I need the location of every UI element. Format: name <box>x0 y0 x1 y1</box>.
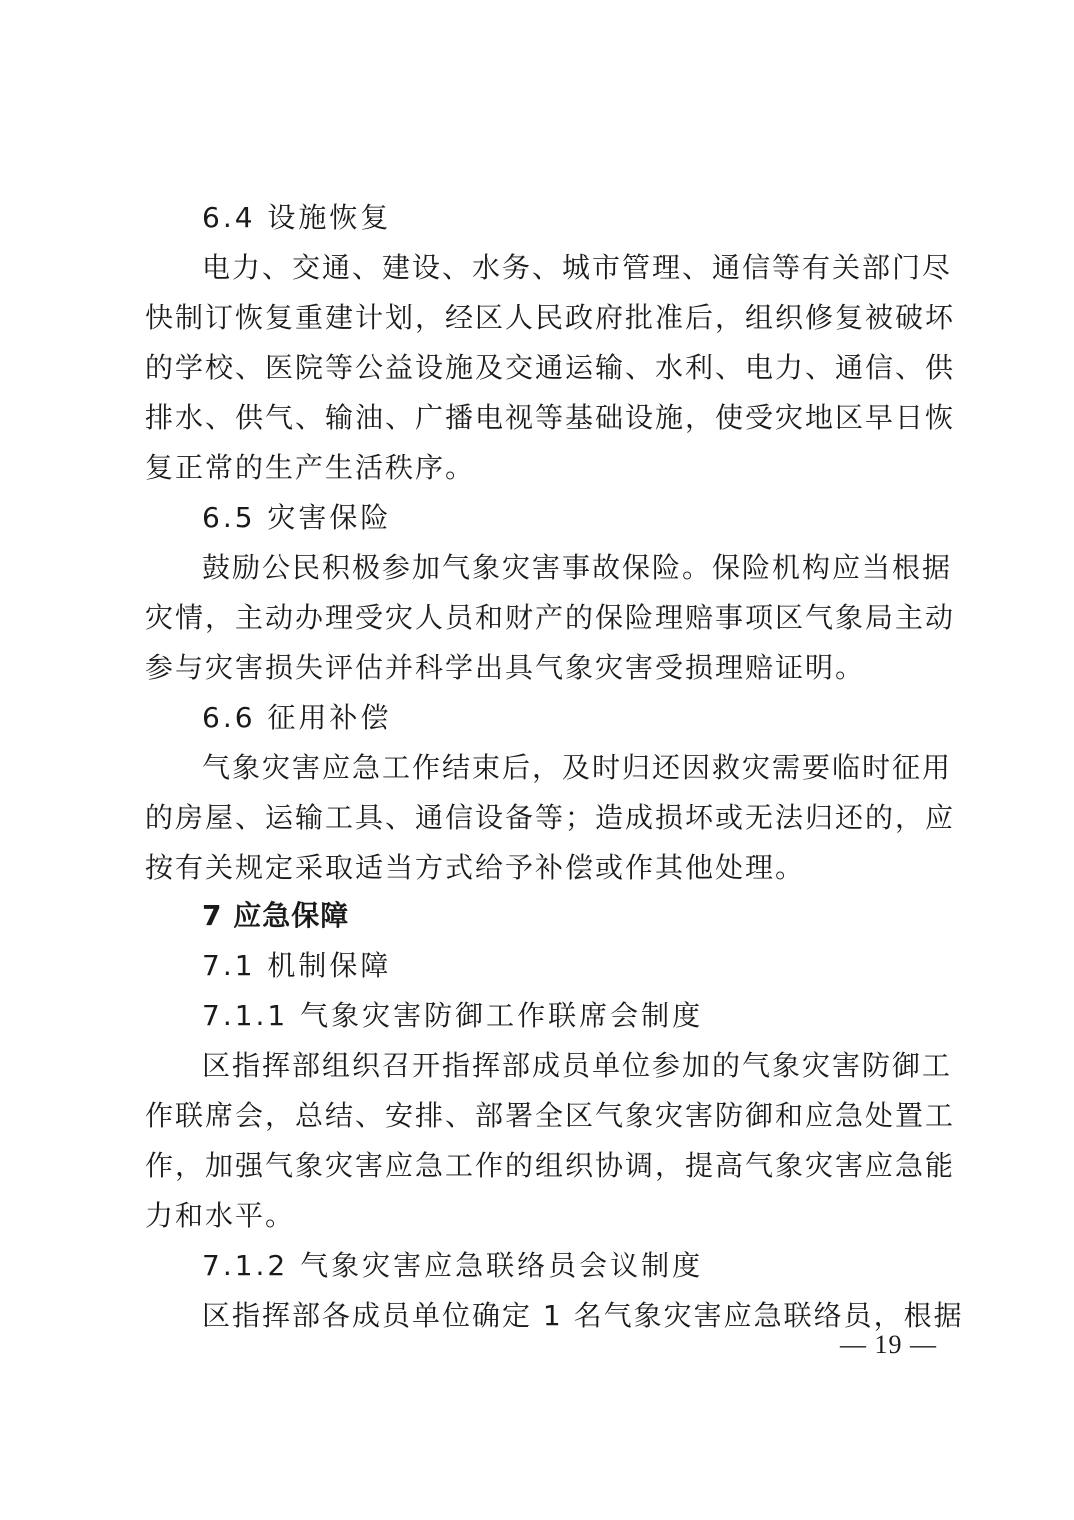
paragraph-line: 排水、供气、输油、广播电视等基础设施，使受灾地区早日恢 <box>145 393 930 443</box>
section-heading-7-1-2: 7.1.2 气象灾害应急联络员会议制度 <box>202 1241 930 1291</box>
page-number: — 19 — <box>840 1330 937 1360</box>
paragraph-line: 气象灾害应急工作结束后，及时归还因救灾需要临时征用 <box>202 743 930 793</box>
section-heading-6-6: 6.6 征用补偿 <box>202 693 930 743</box>
paragraph-line: 电力、交通、建设、水务、城市管理、通信等有关部门尽 <box>202 243 930 293</box>
paragraph-line: 的房屋、运输工具、通信设备等；造成损坏或无法归还的，应 <box>145 793 930 843</box>
paragraph-line: 按有关规定采取适当方式给予补偿或作其他处理。 <box>145 843 930 893</box>
paragraph-line: 鼓励公民积极参加气象灾害事故保险。保险机构应当根据 <box>202 543 930 593</box>
paragraph-line: 区指挥部各成员单位确定 1 名气象灾害应急联络员，根据 <box>202 1291 930 1341</box>
paragraph-line: 区指挥部组织召开指挥部成员单位参加的气象灾害防御工 <box>202 1041 930 1091</box>
section-heading-6-5: 6.5 灾害保险 <box>202 493 930 543</box>
paragraph-line: 灾情，主动办理受灾人员和财产的保险理赔事项区气象局主动 <box>145 593 930 643</box>
paragraph-line: 快制订恢复重建计划，经区人民政府批准后，组织修复被破坏 <box>145 293 930 343</box>
paragraph-line: 的学校、医院等公益设施及交通运输、水利、电力、通信、供 <box>145 343 930 393</box>
paragraph-line: 复正常的生产生活秩序。 <box>145 443 930 493</box>
paragraph-line: 参与灾害损失评估并科学出具气象灾害受损理赔证明。 <box>145 643 930 693</box>
section-heading-6-4: 6.4 设施恢复 <box>202 193 930 243</box>
section-heading-7-1: 7.1 机制保障 <box>202 941 930 991</box>
paragraph-line: 作，加强气象灾害应急工作的组织协调，提高气象灾害应急能 <box>145 1141 930 1191</box>
chapter-heading-7: 7 应急保障 <box>202 891 930 941</box>
section-heading-7-1-1: 7.1.1 气象灾害防御工作联席会制度 <box>202 991 930 1041</box>
paragraph-line: 力和水平。 <box>145 1191 930 1241</box>
paragraph-line: 作联席会，总结、安排、部署全区气象灾害防御和应急处置工 <box>145 1091 930 1141</box>
